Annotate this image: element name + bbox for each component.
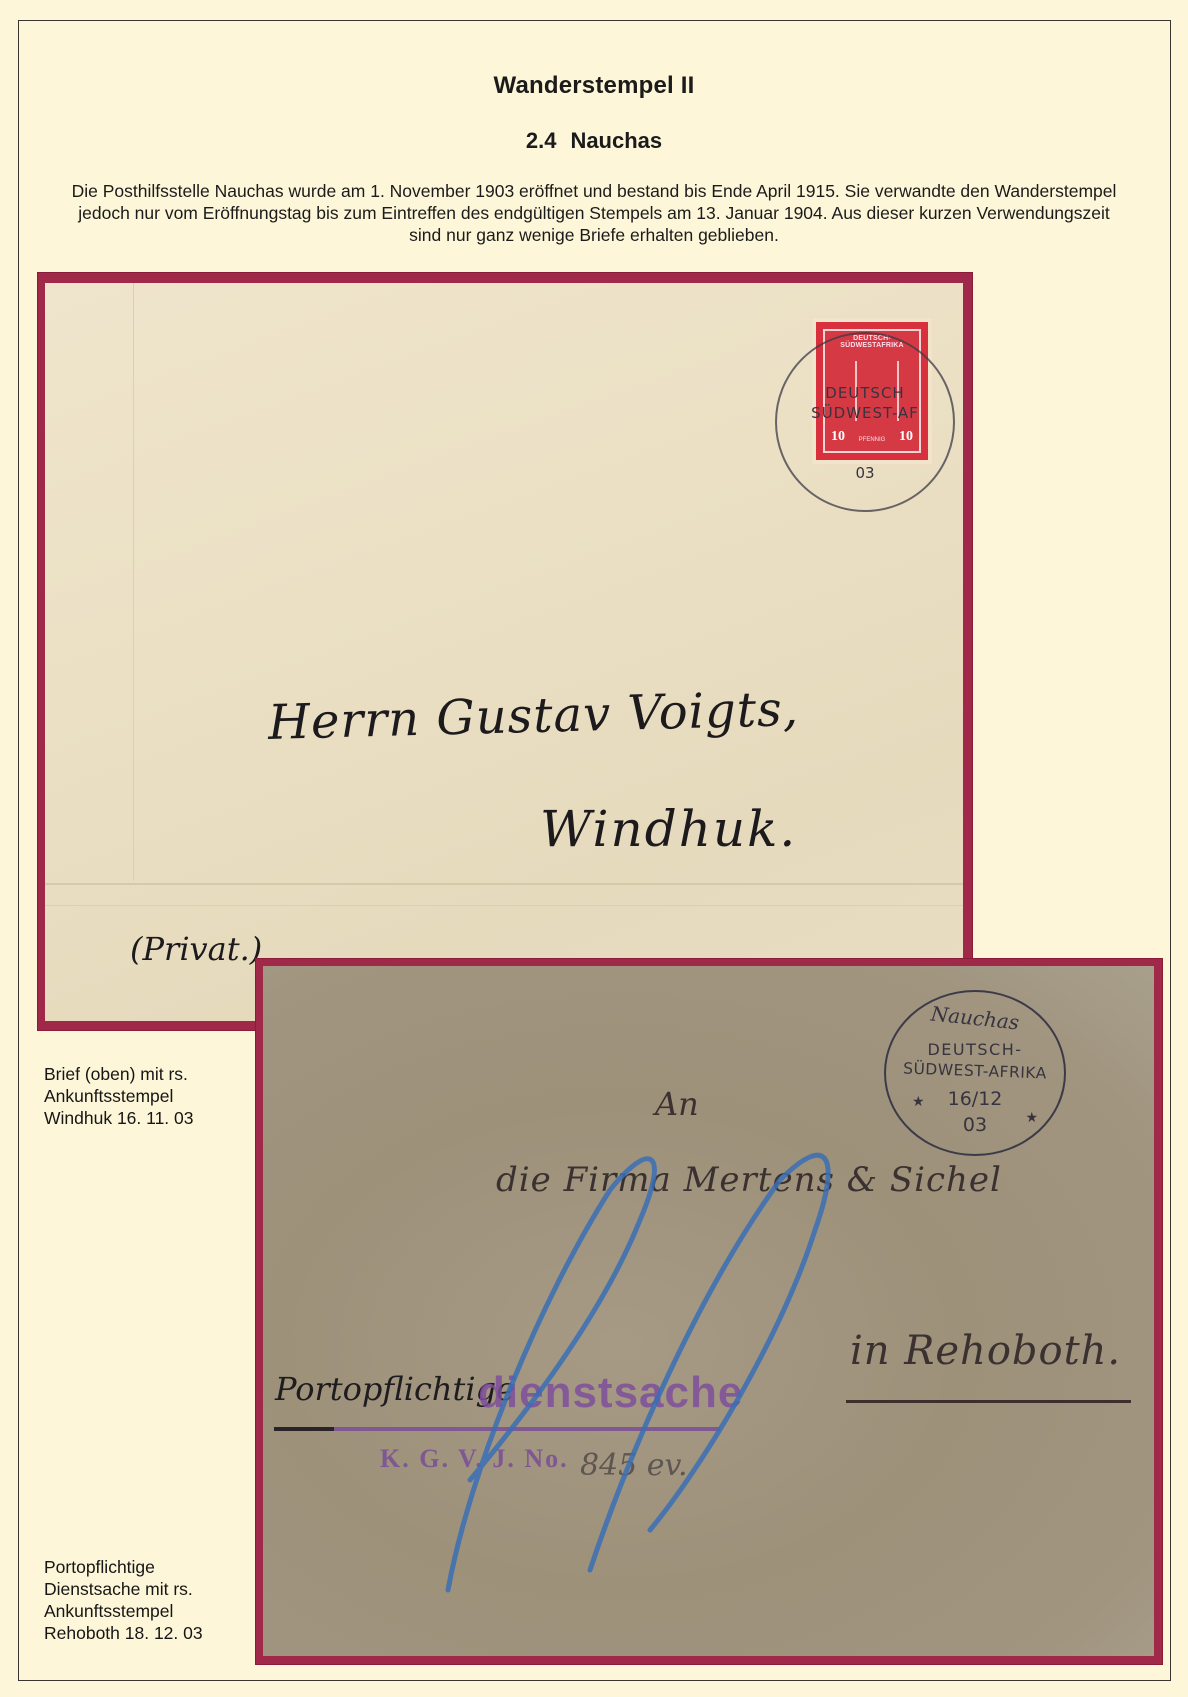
registry-cachet: K. G. V. J. No. <box>380 1444 569 1474</box>
envelope-fold <box>133 283 134 881</box>
caption-line: Windhuk 16. 11. 03 <box>44 1107 194 1129</box>
postmark-line-2: SÜDWEST-AFRIKA <box>882 1059 1069 1083</box>
section-number: 2.4 <box>526 128 557 153</box>
cover-2-destination: in Rehoboth. <box>850 1328 1121 1374</box>
cover-2-salutation: An <box>655 1085 699 1123</box>
star-icon: ★ <box>912 1094 925 1110</box>
registry-number: 845 ev. <box>580 1448 687 1483</box>
handwritten-underline <box>274 1427 334 1431</box>
caption-line: Portopflichtige <box>44 1556 203 1578</box>
destination-underline <box>846 1400 1131 1403</box>
caption-line: Brief (oben) mit rs. <box>44 1063 194 1085</box>
cover-1-caption: Brief (oben) mit rs. Ankunftsstempel Win… <box>44 1063 194 1129</box>
section-title: Nauchas <box>570 128 662 153</box>
postmark-year: 03 <box>777 464 953 482</box>
caption-line: Dienstsache mit rs. <box>44 1578 203 1600</box>
envelope-flap-edge <box>45 883 963 885</box>
postmark-line-2: SÜDWEST-AF <box>777 404 953 422</box>
cover-1-private-note: (Privat.) <box>130 930 262 968</box>
intro-paragraph: Die Posthilfsstelle Nauchas wurde am 1. … <box>70 180 1118 246</box>
star-icon: ★ <box>1025 1110 1038 1126</box>
cover-2-caption: Portopflichtige Dienstsache mit rs. Anku… <box>44 1556 203 1644</box>
cover-2-postmark: Nauchas DEUTSCH- SÜDWEST-AFRIKA 16/12 03… <box>884 990 1066 1156</box>
cover-1-postmark: DEUTSCH SÜDWEST-AF 03 <box>775 332 955 512</box>
cachet-rule <box>274 1427 720 1431</box>
section-heading: 2.4Nauchas <box>0 128 1188 154</box>
cover-2-addressee: die Firma Mertens & Sichel <box>496 1160 1002 1200</box>
page-title: Wanderstempel II <box>0 72 1188 100</box>
postmark-line-1: DEUTSCH <box>777 384 953 402</box>
cover-1-destination: Windhuk. <box>540 800 797 858</box>
caption-line: Ankunftsstempel <box>44 1085 194 1107</box>
caption-line: Ankunftsstempel <box>44 1600 203 1622</box>
caption-line: Rehoboth 18. 12. 03 <box>44 1622 203 1644</box>
envelope-flap-edge <box>45 905 963 906</box>
dienstsache-cachet: dienstsache <box>478 1368 743 1418</box>
postmark-line-1: DEUTSCH- <box>886 1040 1064 1059</box>
